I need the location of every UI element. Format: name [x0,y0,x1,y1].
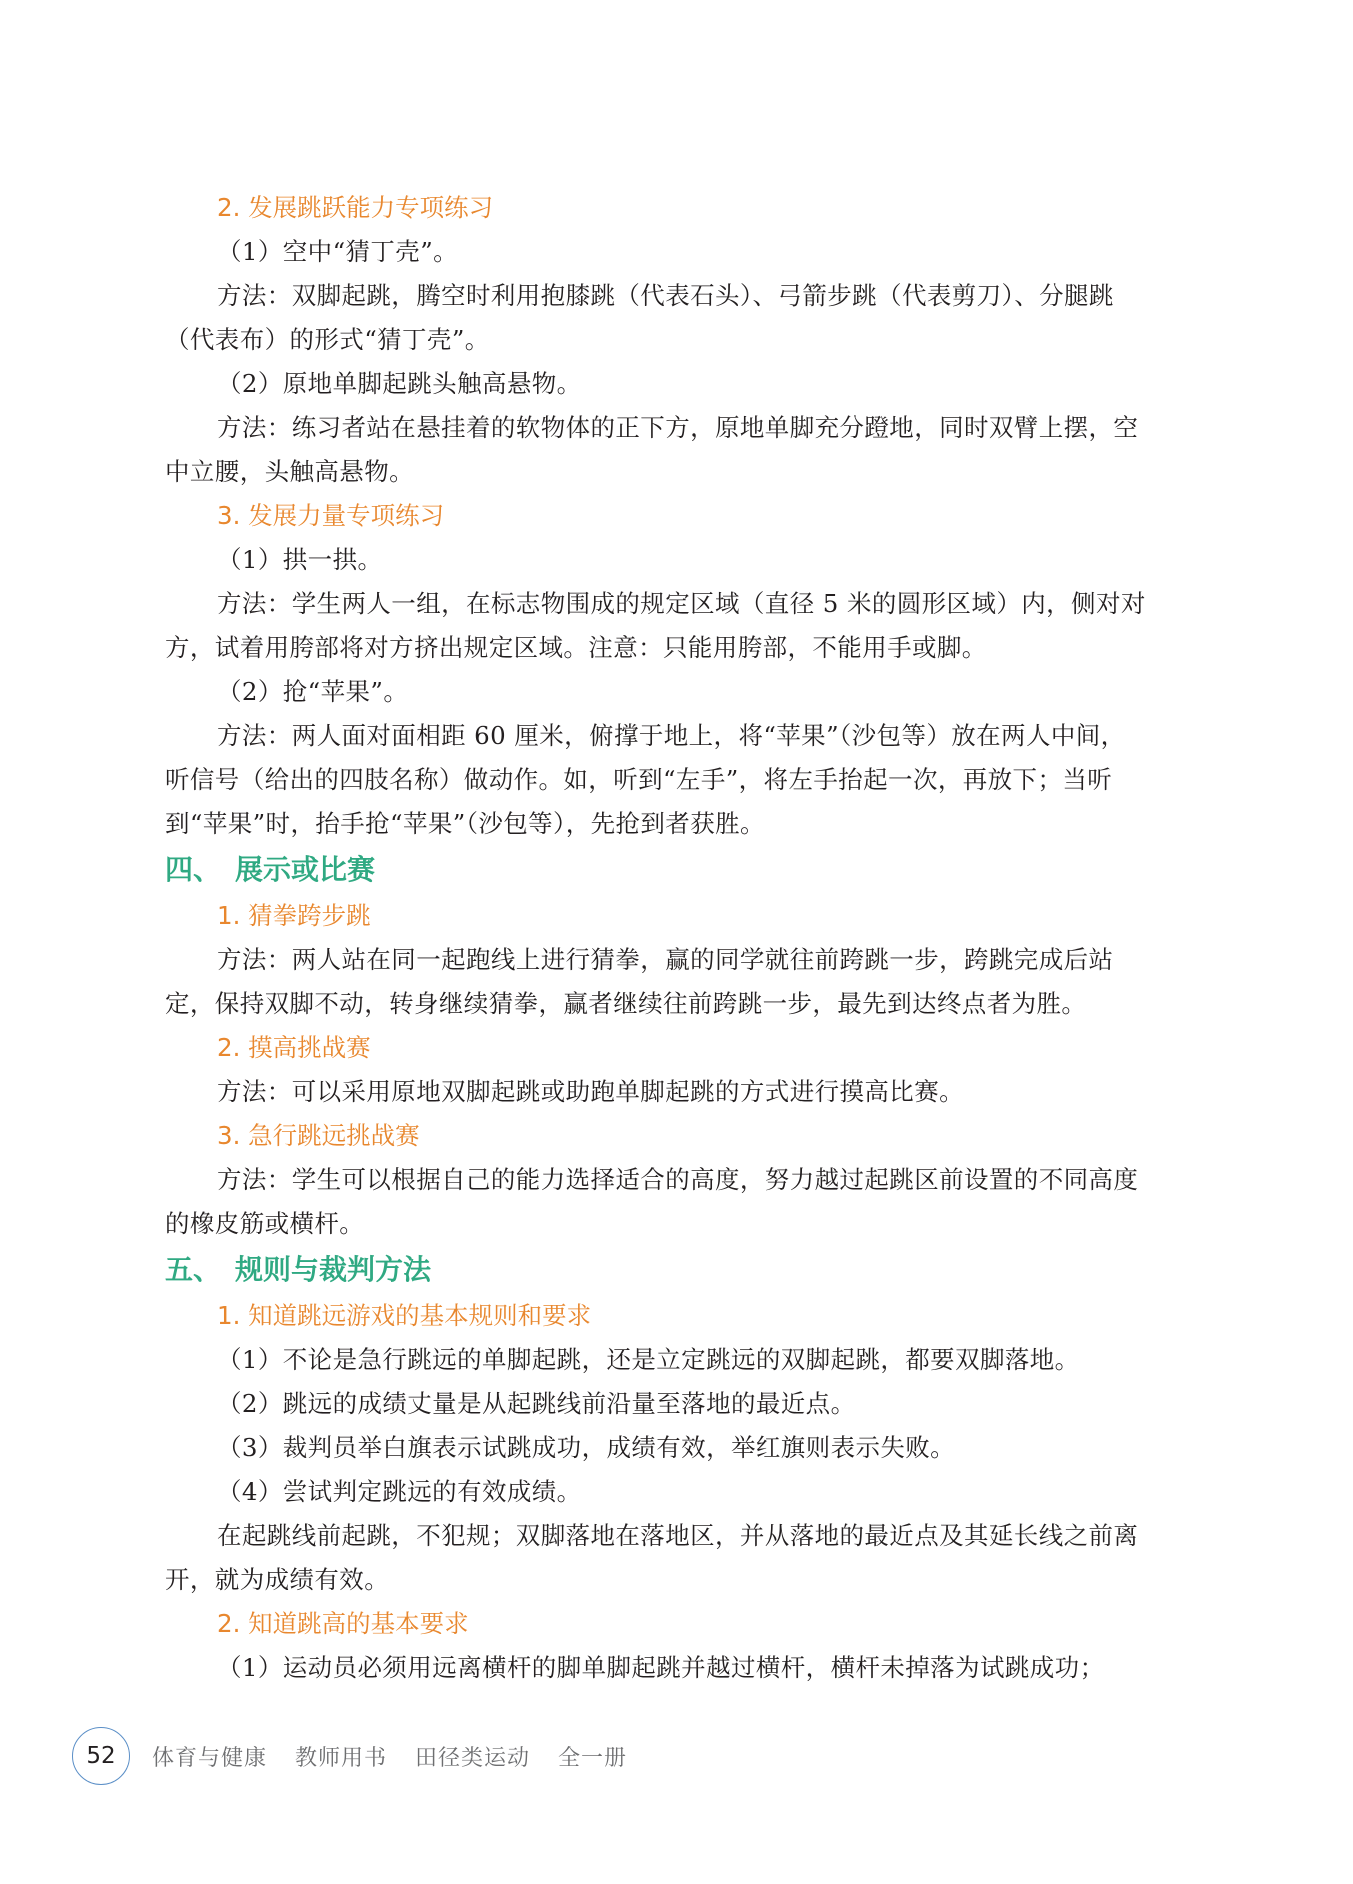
section-heading: 五、规则与裁判方法 [165,1246,1195,1294]
section-title: 规则与裁判方法 [235,1253,431,1286]
paragraph-line: 方法：两人面对面相距 60 厘米，俯撑于地上，将“苹果”（沙包等）放在两人中间， [165,714,1195,758]
paragraph-line: 方法：学生可以根据自己的能力选择适合的高度，努力越过起跳区前设置的不同高度 [165,1158,1195,1202]
paragraph-line: 开，就为成绩有效。 [165,1558,1195,1602]
paragraph-line: （1）空中“猜丁壳”。 [165,230,1195,274]
section-number: 四、 [165,846,235,894]
paragraph-line: （1）不论是急行跳远的单脚起跳，还是立定跳远的双脚起跳，都要双脚落地。 [165,1338,1195,1382]
footer-unit: 田径类运动 [415,1746,530,1771]
paragraph-line: 在起跳线前起跳，不犯规；双脚落地在落地区，并从落地的最近点及其延长线之前离 [165,1514,1195,1558]
sub-heading: 2. 摸高挑战赛 [165,1026,1195,1070]
paragraph-line: 方法：两人站在同一起跑线上进行猜拳，赢的同学就往前跨跳一步，跨跳完成后站 [165,938,1195,982]
paragraph-line: （4）尝试判定跳远的有效成绩。 [165,1470,1195,1514]
paragraph-line: 听信号（给出的四肢名称）做动作。如，听到“左手”，将左手抬起一次，再放下；当听 [165,758,1195,802]
paragraph-line: 定，保持双脚不动，转身继续猜拳，赢者继续往前跨跳一步，最先到达终点者为胜。 [165,982,1195,1026]
paragraph-line: 方法：可以采用原地双脚起跳或助跑单脚起跳的方式进行摸高比赛。 [165,1070,1195,1114]
paragraph-line: 到“苹果”时，抬手抢“苹果”（沙包等），先抢到者获胜。 [165,802,1195,846]
paragraph-line: （3）裁判员举白旗表示试跳成功，成绩有效，举红旗则表示失败。 [165,1426,1195,1470]
page-content: 2. 发展跳跃能力专项练习（1）空中“猜丁壳”。方法：双脚起跳，腾空时利用抱膝跳… [165,186,1195,1690]
paragraph-line: （代表布）的形式“猜丁壳”。 [165,318,1195,362]
footer-book-title: 体育与健康 [152,1746,267,1771]
paragraph-line: 中立腰，头触高悬物。 [165,450,1195,494]
footer-book-info: 体育与健康 教师用书 田径类运动 全一册 [152,1741,647,1772]
sub-heading: 1. 知道跳远游戏的基本规则和要求 [165,1294,1195,1338]
page-number: 52 [72,1727,130,1785]
paragraph-line: （1）运动员必须用远离横杆的脚单脚起跳并越过横杆，横杆未掉落为试跳成功； [165,1646,1195,1690]
paragraph-line: 方，试着用胯部将对方挤出规定区域。注意：只能用胯部，不能用手或脚。 [165,626,1195,670]
sub-heading: 2. 知道跳高的基本要求 [165,1602,1195,1646]
page-footer: 52 体育与健康 教师用书 田径类运动 全一册 [72,1726,647,1786]
section-number: 五、 [165,1246,235,1294]
section-title: 展示或比赛 [235,853,375,886]
paragraph-line: 方法：双脚起跳，腾空时利用抱膝跳（代表石头）、弓箭步跳（代表剪刀）、分腿跳 [165,274,1195,318]
section-heading: 四、展示或比赛 [165,846,1195,894]
footer-volume: 全一册 [558,1746,627,1771]
document-page: 2. 发展跳跃能力专项练习（1）空中“猜丁壳”。方法：双脚起跳，腾空时利用抱膝跳… [0,0,1353,1884]
sub-heading: 3. 发展力量专项练习 [165,494,1195,538]
paragraph-line: （1）拱一拱。 [165,538,1195,582]
sub-heading: 1. 猜拳跨步跳 [165,894,1195,938]
paragraph-line: （2）跳远的成绩丈量是从起跳线前沿量至落地的最近点。 [165,1382,1195,1426]
paragraph-line: 方法：学生两人一组，在标志物围成的规定区域（直径 5 米的圆形区域）内，侧对对 [165,582,1195,626]
footer-book-type: 教师用书 [295,1746,387,1771]
paragraph-line: （2）原地单脚起跳头触高悬物。 [165,362,1195,406]
paragraph-line: 方法：练习者站在悬挂着的软物体的正下方，原地单脚充分蹬地，同时双臂上摆，空 [165,406,1195,450]
paragraph-line: （2）抢“苹果”。 [165,670,1195,714]
paragraph-line: 的橡皮筋或横杆。 [165,1202,1195,1246]
sub-heading: 2. 发展跳跃能力专项练习 [165,186,1195,230]
sub-heading: 3. 急行跳远挑战赛 [165,1114,1195,1158]
